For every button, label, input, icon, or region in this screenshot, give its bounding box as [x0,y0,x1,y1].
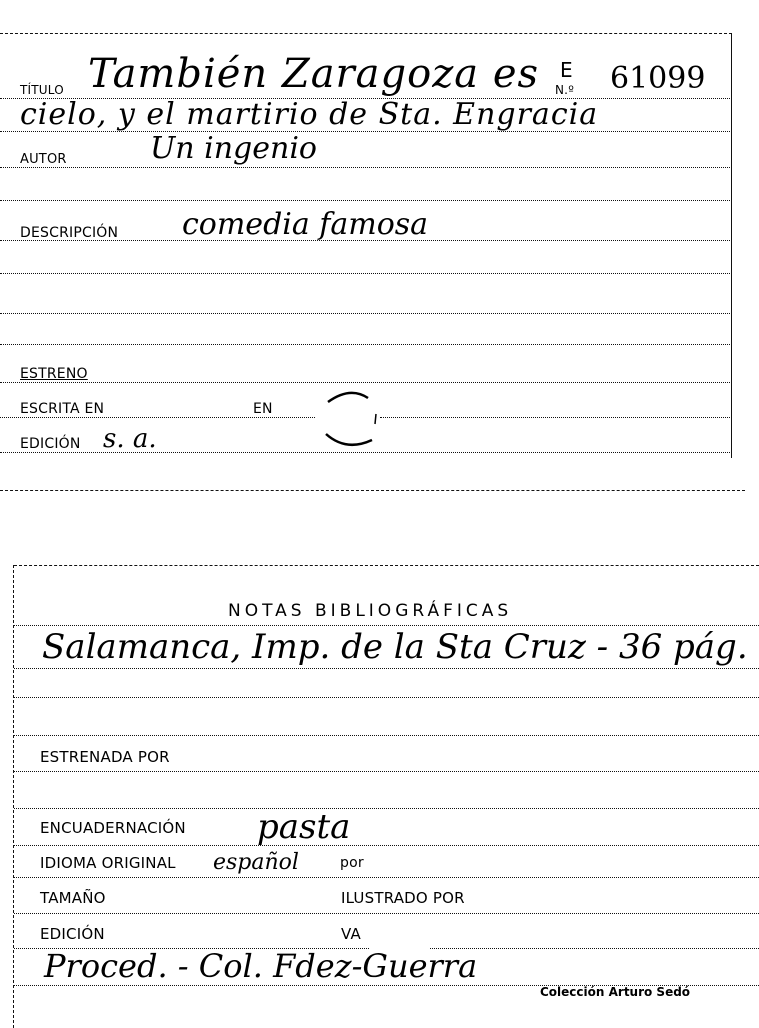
titulo-value-line1: También Zaragoza es [88,54,539,94]
numero-label: N.º [555,84,574,96]
titulo-label: TÍTULO [20,84,64,96]
descripcion-value: comedia famosa [182,210,428,240]
rule-line [14,625,759,626]
tamano-label: TAMAÑO [40,891,106,906]
estrenada-por-label: ESTRENADA POR [40,750,170,765]
rule-line [0,200,730,201]
rule-line [14,808,759,809]
upper-card-bottom-border [0,490,745,491]
edicion-value: s. a. [103,426,157,452]
rule-line [0,344,730,345]
rule-line [14,771,759,772]
idioma-original-value: español [213,852,299,874]
rule-line [0,167,730,168]
en-label: EN [253,402,273,416]
encuadernacion-value: pasta [257,810,350,844]
rule-line [14,735,759,736]
upper-card-right-border [731,33,732,458]
notas-value: Salamanca, Imp. de la Sta Cruz - 36 pág. [42,630,748,664]
rule-line [14,697,759,698]
edicion-label: EDICIÓN [20,437,81,451]
estreno-label: ESTRENO [20,367,88,381]
lower-card-left-border [13,565,14,1028]
escrita-en-label: ESCRITA EN [20,402,104,416]
numero-prefix: E [560,60,573,80]
valor-label: VA [341,927,361,942]
rule-line [14,913,759,914]
upper-card-top-border [0,33,732,34]
rule-line [14,877,759,878]
ilustrado-por-label: ILUSTRADO POR [341,891,465,906]
titulo-value-line2: cielo, y el martirio de Sta. Engracia [20,100,598,130]
procedencia-value: Proced. - Col. Fdez-Guerra [44,950,477,982]
descripcion-label: DESCRIPCIÓN [20,226,118,240]
idioma-original-label: IDIOMA ORIGINAL [40,856,176,871]
collection-credit: Colección Arturo Sedó [540,985,690,999]
traducida-por-label: por [340,856,364,870]
rule-line [380,417,730,418]
encuadernacion-label: ENCUADERNACIÓN [40,821,186,836]
rule-line [430,948,759,949]
stamp-circle-icon [316,384,386,454]
numero-value: 61099 [610,64,705,94]
rule-line [0,273,730,274]
autor-value: Un ingenio [150,134,317,164]
rule-line [0,382,730,383]
rule-line [14,845,759,846]
notas-heading: NOTAS BIBLIOGRÁFICAS [228,603,512,620]
rule-line [14,668,759,669]
autor-label: AUTOR [20,153,67,166]
rule-line [0,417,315,418]
rule-line [0,313,730,314]
lower-card-top-border [14,565,759,566]
edicion-label-lower: EDICIÓN [40,927,105,942]
